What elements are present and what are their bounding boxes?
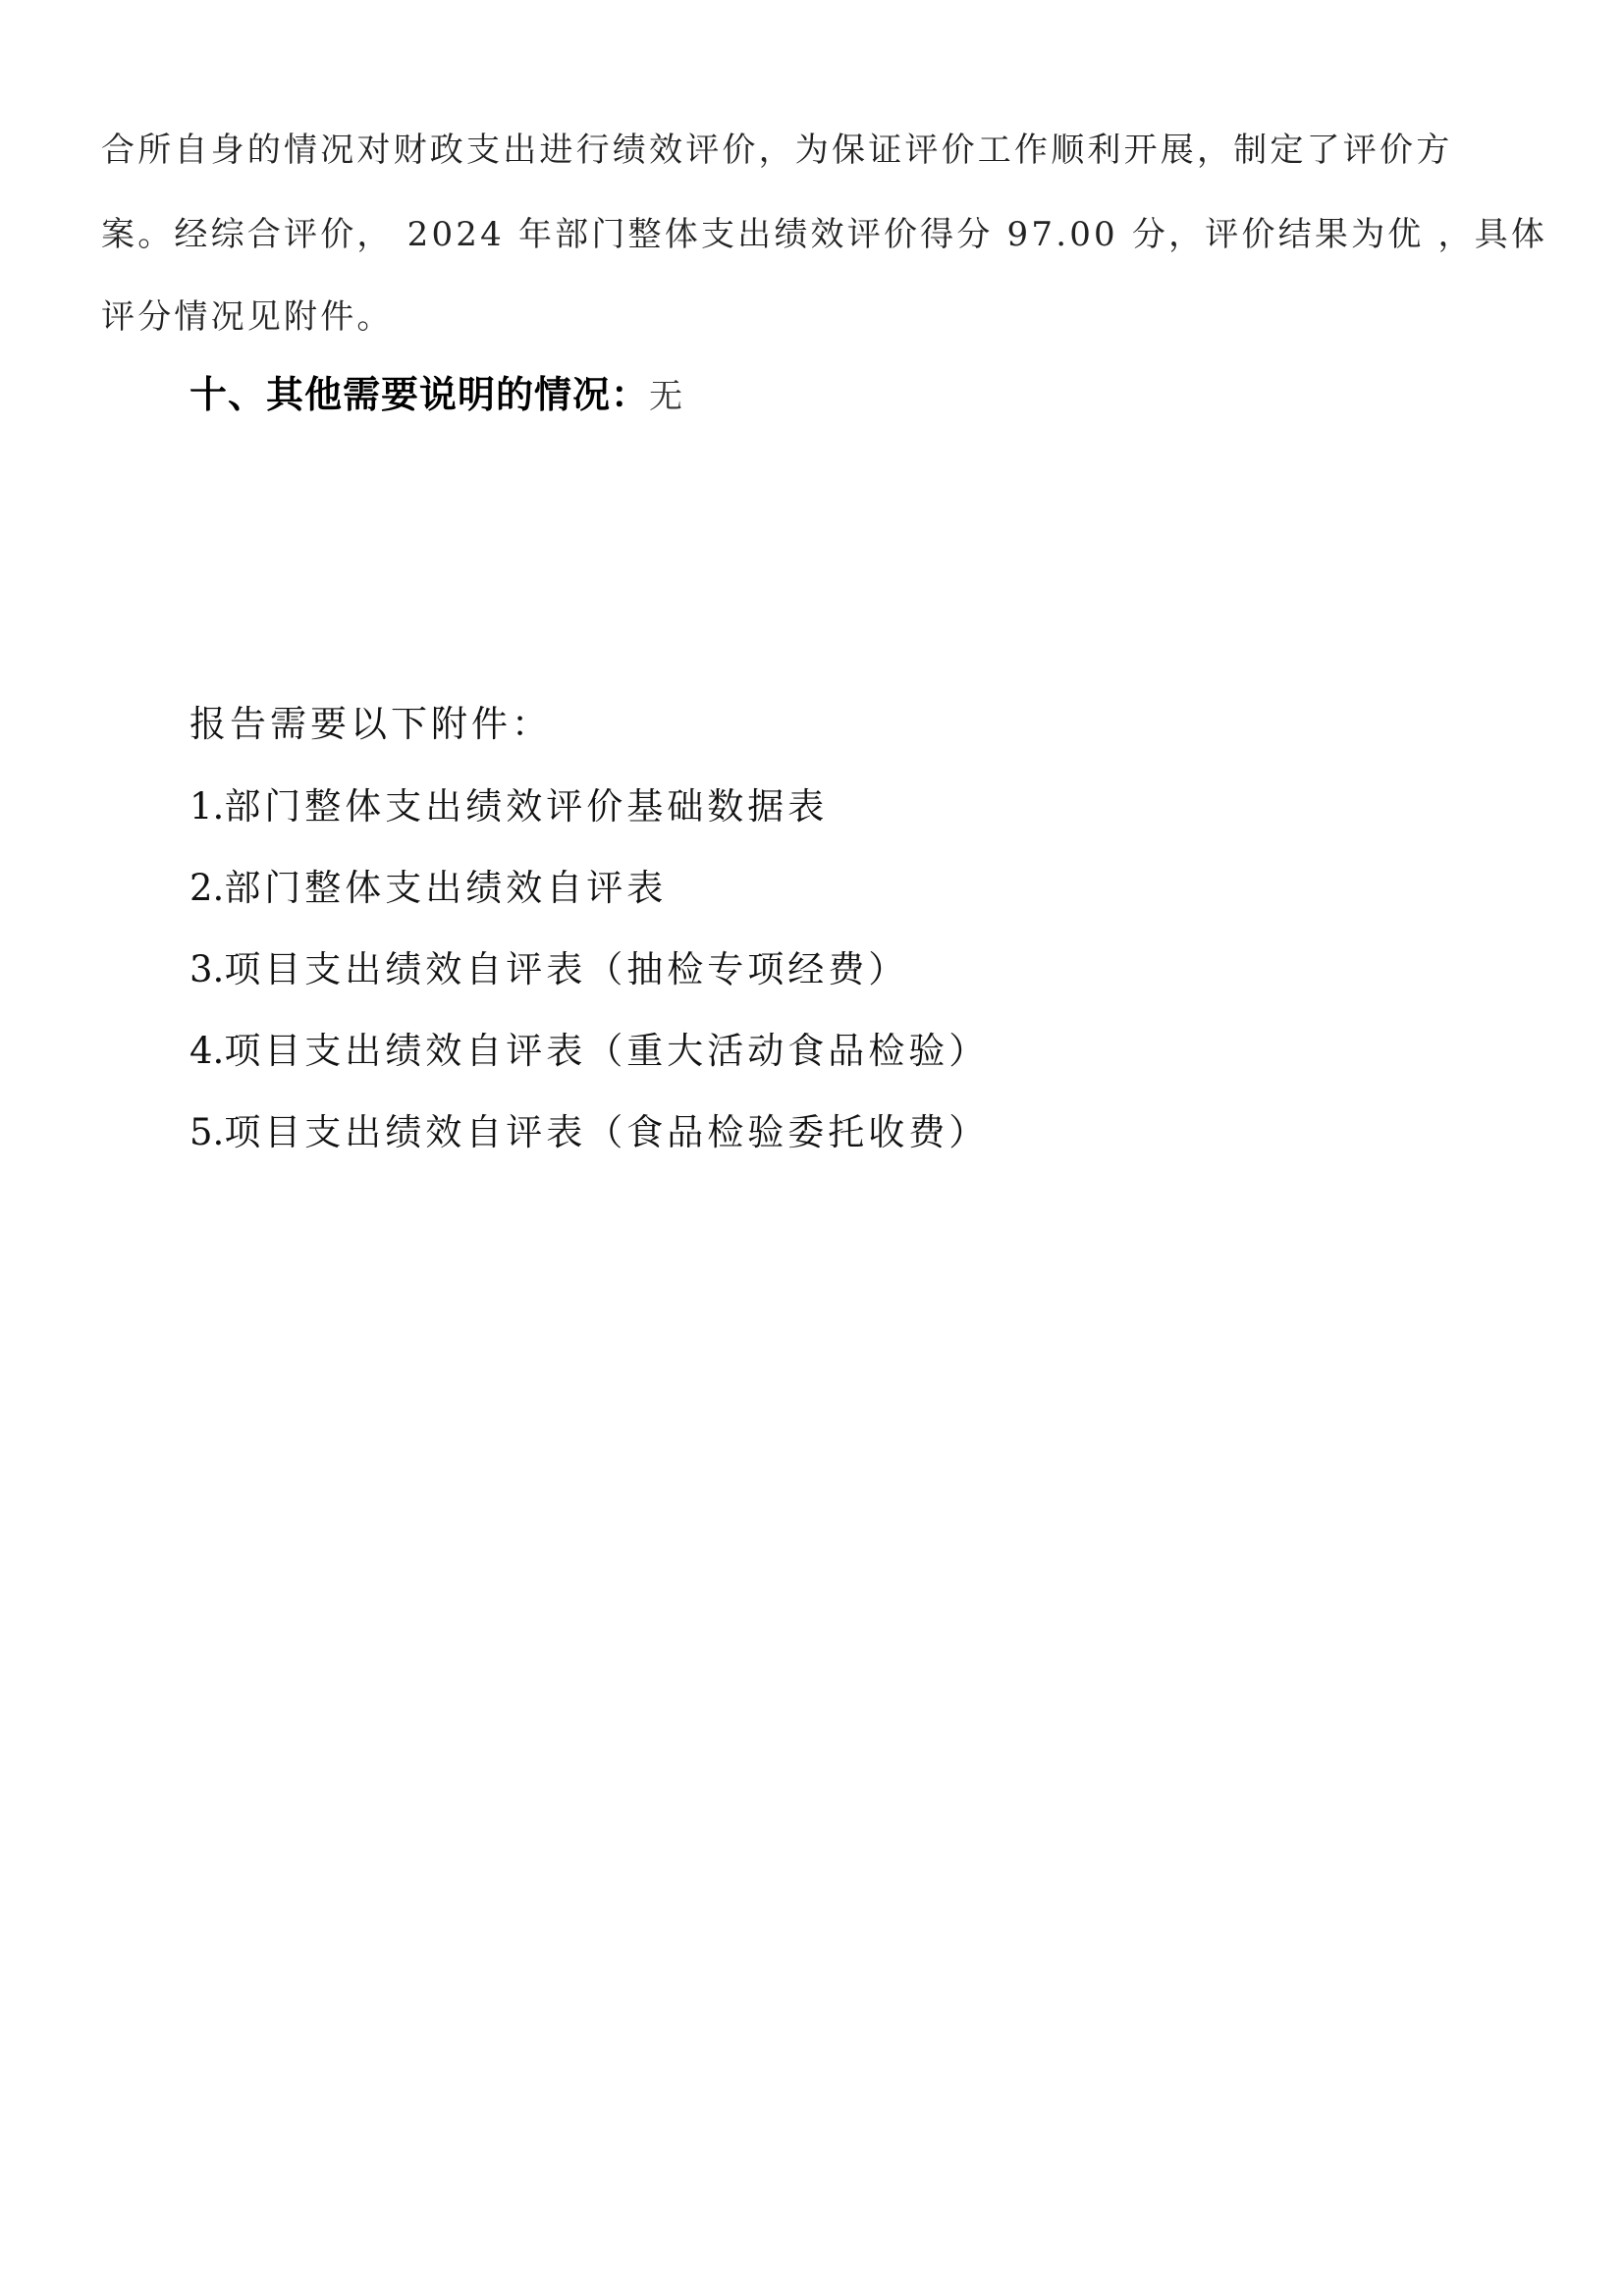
attachment-item-3: 3.项目支出绩效自评表（抽检专项经费） [189,948,908,991]
section-ten-title: 十、其他需要说明的情况： [189,373,649,416]
attachments-title: 报告需要以下附件： [189,703,552,746]
attachment-label: 部门整体支出绩效评价基础数据表 [224,785,828,828]
attachment-label: 项目支出绩效自评表（食品检验委托收费） [224,1111,989,1153]
section-ten-answer: 无 [649,377,683,416]
document-page: 合所自身的情况对财政支出进行绩效评价，为保证评价工作顺利开展，制定了评价方 案。… [0,0,1624,2296]
attachment-label: 部门整体支出绩效自评表 [224,867,667,909]
attachment-number: 5. [189,1111,224,1153]
attachment-item-2: 2.部门整体支出绩效自评表 [189,867,667,910]
paragraph-line-2: 案。经综合评价， 2024 年部门整体支出绩效评价得分 97.00 分，评价结果… [101,215,1547,254]
paragraph-line-1: 合所自身的情况对财政支出进行绩效评价，为保证评价工作顺利开展，制定了评价方 [101,131,1452,170]
attachment-item-4: 4.项目支出绩效自评表（重大活动食品检验） [189,1030,989,1073]
paragraph-line-3: 评分情况见附件。 [101,297,394,337]
attachment-label: 项目支出绩效自评表（重大活动食品检验） [224,1030,989,1072]
section-ten-heading: 十、其他需要说明的情况：无 [189,373,683,418]
attachment-number: 1. [189,785,224,828]
attachment-item-5: 5.项目支出绩效自评表（食品检验委托收费） [189,1111,989,1154]
attachment-number: 4. [189,1030,224,1072]
attachment-item-1: 1.部门整体支出绩效评价基础数据表 [189,785,828,828]
attachment-label: 项目支出绩效自评表（抽检专项经费） [224,948,908,990]
attachment-number: 3. [189,948,224,990]
attachment-number: 2. [189,867,224,909]
